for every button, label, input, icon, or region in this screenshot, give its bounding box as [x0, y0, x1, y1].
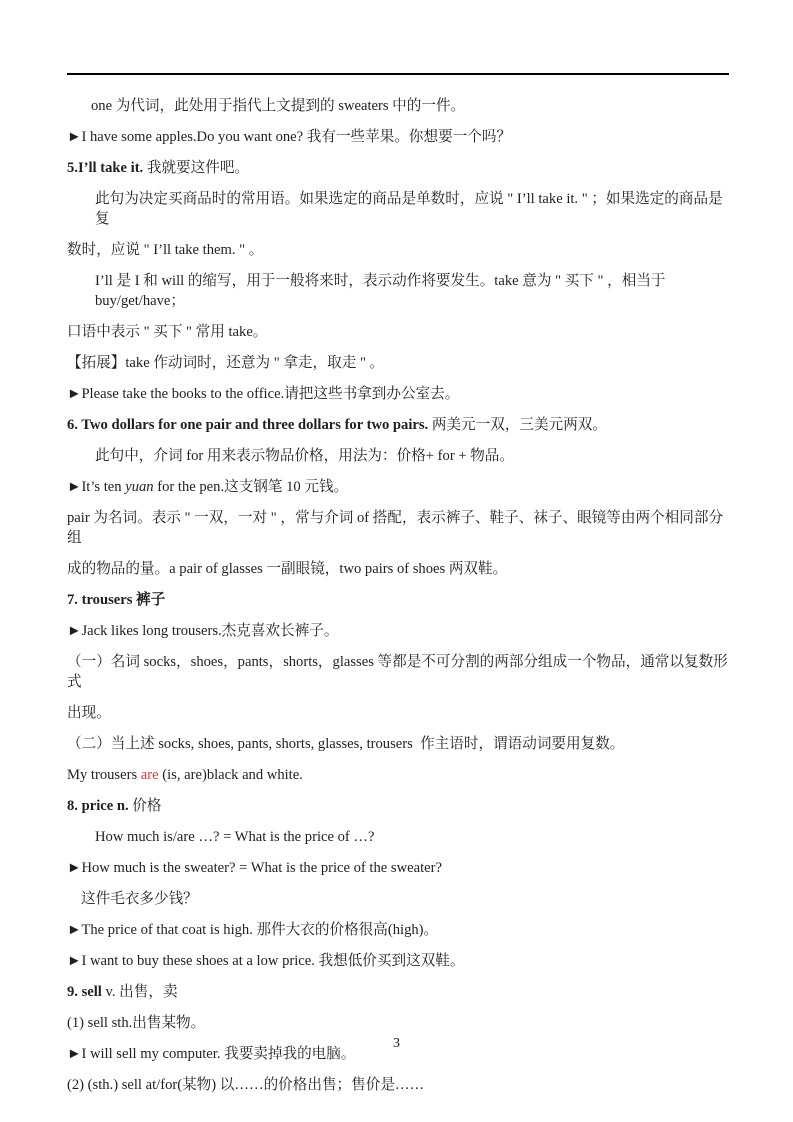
- text-line: (2) (sth.) sell at/for(某物) 以……的价格出售；售价是……: [67, 1075, 737, 1095]
- text-line: (1) sell sth.出售某物。: [67, 1013, 737, 1033]
- text-segment: ►The price of that coat is high. 那件大衣的价格…: [67, 922, 438, 938]
- text-segment: ►Jack likes long trousers.杰克喜欢长裤子。: [67, 623, 338, 639]
- text-segment: 此句中，介词 for 用来表示物品价格，用法为：价格+ for + 物品。: [95, 448, 514, 464]
- text-segment: 此句为决定买商品时的常用语。如果选定的商品是单数时，应说 " I’ll take…: [95, 191, 723, 227]
- text-line: ►The price of that coat is high. 那件大衣的价格…: [67, 920, 737, 940]
- text-segment: 我就要这件吧。: [143, 160, 249, 176]
- text-segment: 裤子: [136, 592, 165, 608]
- text-line: 5.I’ll take it. 我就要这件吧。: [67, 158, 737, 178]
- text-segment: (2) (sth.) sell at/for(某物) 以……的价格出售；售价是……: [67, 1077, 424, 1093]
- text-segment: 8. price n.: [67, 798, 129, 814]
- text-line: 出现。: [67, 703, 737, 723]
- text-line: 此句中，介词 for 用来表示物品价格，用法为：价格+ for + 物品。: [67, 446, 737, 466]
- text-segment: （一）名词 socks，shoes，pants，shorts，glasses 等…: [67, 654, 728, 690]
- text-segment: My trousers: [67, 767, 141, 783]
- text-segment: I’ll 是 I 和 will 的缩写，用于一般将来时，表示动作将要发生。tak…: [95, 273, 669, 309]
- text-segment: pair 为名词。表示 " 一双，一对 " ，常与介词 of 搭配，表示裤子、鞋…: [67, 510, 723, 546]
- text-segment: 7. trousers: [67, 592, 136, 608]
- text-line: How much is/are …? = What is the price o…: [67, 827, 737, 847]
- text-segment: v. 出售，卖: [102, 984, 178, 1000]
- horizontal-rule: [67, 73, 729, 75]
- text-line: 数时，应说 " I’ll take them. " 。: [67, 240, 737, 260]
- text-segment: How much is/are …? = What is the price o…: [95, 829, 374, 845]
- text-line: pair 为名词。表示 " 一双，一对 " ，常与介词 of 搭配，表示裤子、鞋…: [67, 508, 737, 548]
- text-segment: 这件毛衣多少钱？: [81, 891, 198, 907]
- text-segment: are: [141, 767, 159, 783]
- text-segment: 数时，应说 " I’ll take them. " 。: [67, 242, 263, 258]
- text-segment: ►I want to buy these shoes at a low pric…: [67, 953, 464, 969]
- text-line: （二）当上述 socks, shoes, pants, shorts, glas…: [67, 734, 737, 754]
- text-line: 7. trousers 裤子: [67, 590, 737, 610]
- text-line: 9. sell v. 出售，卖: [67, 982, 737, 1002]
- text-line: 成的物品的量。a pair of glasses 一副眼镜，two pairs …: [67, 559, 737, 579]
- text-segment: 【拓展】take 作动词时，还意为 " 拿走，取走 " 。: [67, 355, 384, 371]
- text-line: （一）名词 socks，shoes，pants，shorts，glasses 等…: [67, 652, 737, 692]
- text-segment: 价格: [129, 798, 162, 814]
- text-segment: 口语中表示 " 买下 " 常用 take。: [67, 324, 267, 340]
- text-line: 8. price n. 价格: [67, 796, 737, 816]
- text-line: ►Jack likes long trousers.杰克喜欢长裤子。: [67, 621, 737, 641]
- text-line: 【拓展】take 作动词时，还意为 " 拿走，取走 " 。: [67, 353, 737, 373]
- text-segment: ►It’s ten: [67, 479, 125, 495]
- text-line: 此句为决定买商品时的常用语。如果选定的商品是单数时，应说 " I’ll take…: [67, 189, 737, 229]
- text-segment: ►Please take the books to the office.请把这…: [67, 386, 459, 402]
- text-segment: (is, are)black and white.: [159, 767, 303, 783]
- text-segment: ►How much is the sweater? = What is the …: [67, 860, 442, 876]
- text-segment: yuan: [125, 479, 153, 495]
- text-segment: (1) sell sth.出售某物。: [67, 1015, 205, 1031]
- text-line: ►It’s ten yuan for the pen.这支钢笔 10 元钱。: [67, 477, 737, 497]
- page-number: 3: [0, 1036, 793, 1052]
- text-line: ►I want to buy these shoes at a low pric…: [67, 951, 737, 971]
- text-segment: 两美元一双，三美元两双。: [428, 417, 607, 433]
- text-segment: ►I have some apples.Do you want one? 我有一…: [67, 129, 511, 145]
- document-body: one 为代词，此处用于指代上文提到的 sweaters 中的一件。►I hav…: [67, 96, 737, 1106]
- text-line: My trousers are (is, are)black and white…: [67, 765, 737, 785]
- text-line: one 为代词，此处用于指代上文提到的 sweaters 中的一件。: [67, 96, 737, 116]
- text-segment: 出现。: [67, 705, 111, 721]
- text-line: ►Please take the books to the office.请把这…: [67, 384, 737, 404]
- text-segment: one 为代词，此处用于指代上文提到的 sweaters 中的一件。: [91, 98, 465, 114]
- document-page: { "page": { "number": "3", "colors": { "…: [0, 0, 793, 1122]
- text-segment: 5.I’ll take it.: [67, 160, 143, 176]
- text-line: 这件毛衣多少钱？: [67, 889, 737, 909]
- text-segment: 9. sell: [67, 984, 102, 1000]
- text-line: 6. Two dollars for one pair and three do…: [67, 415, 737, 435]
- text-segment: for the pen.这支钢笔 10 元钱。: [154, 479, 349, 495]
- text-line: ►How much is the sweater? = What is the …: [67, 858, 737, 878]
- text-segment: 6. Two dollars for one pair and three do…: [67, 417, 428, 433]
- text-line: I’ll 是 I 和 will 的缩写，用于一般将来时，表示动作将要发生。tak…: [67, 271, 737, 311]
- text-segment: 成的物品的量。a pair of glasses 一副眼镜，two pairs …: [67, 561, 507, 577]
- text-line: 口语中表示 " 买下 " 常用 take。: [67, 322, 737, 342]
- text-segment: （二）当上述 socks, shoes, pants, shorts, glas…: [67, 736, 624, 752]
- text-line: ►I have some apples.Do you want one? 我有一…: [67, 127, 737, 147]
